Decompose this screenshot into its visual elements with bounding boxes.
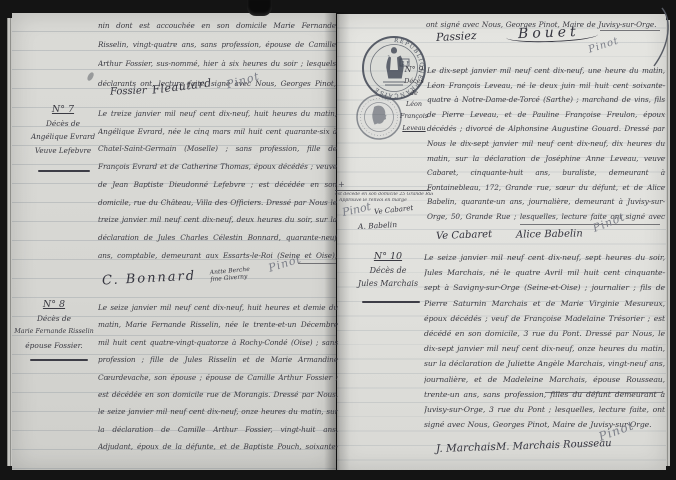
entry7-act-text: Le treize janvier mil neuf cent dix-neuf… [98,105,337,265]
ink-flourish [648,6,672,68]
margin-line: Léon [398,99,430,111]
act-number: N° 9 [398,64,430,76]
municipal-stamp-icon [355,93,403,141]
margin-line: Décès [398,76,430,88]
margin-line: François [398,111,430,123]
entry10-act-text: Le seize janvier mil neuf cent dix-neuf,… [424,250,665,430]
act-number: N° 10 [348,250,428,264]
register-scan: nin dont est accouchée en son domicile M… [0,0,676,480]
marginal-reference-mark: + [338,180,345,189]
signature: J. Marchais [436,441,496,455]
line-filler [545,392,663,393]
entry10-margin-label: N° 10 Décès de Jules Marchais [348,250,428,291]
line-filler [520,224,660,225]
entry8-margin-label: N° 8 Décès de Marie Fernande Risselin ép… [8,298,100,352]
margin-underline [30,359,88,361]
entry7-margin-label: N° 7 Décès de Angélique Evrard Veuve Lef… [24,103,102,157]
line-filler [298,263,336,264]
act-number: N° 7 [24,103,102,117]
margin-underline [38,170,90,172]
deceased-name: Leveau [398,123,430,135]
entry8-act-text: Le seize janvier mil neuf cent dix-neuf,… [98,299,338,457]
binding-clip [247,0,272,16]
act-continuation-text: nin dont est accouchée en son domicile M… [98,16,336,96]
margin-line: Décès de [8,312,100,326]
deceased-subname: Veuve Lefebvre [24,144,102,158]
margin-line: de [398,88,430,100]
signature: Alice Babelin [516,228,583,240]
entry9-margin-label: N° 9 Décès de Léon François Leveau [398,64,430,135]
entry9-act-text: Le dix-sept janvier mil neuf cent dix-ne… [427,64,665,226]
margin-line: Décès de [348,264,428,278]
deceased-subname: épouse Fossier. [8,339,100,353]
deceased-name: Marie Fernande Risselin [8,325,100,339]
act-number: N° 8 [8,298,100,312]
marginal-note-line: Approuvé le renvoi en marge [339,198,433,203]
marginal-note-rule [335,190,431,191]
margin-line: Décès de [24,117,102,131]
deceased-name: Angélique Evrard [24,130,102,144]
signature: Fossier [110,85,147,97]
margin-underline [362,301,420,303]
signature: Passiez [436,29,477,44]
marginal-note-line: est décédé en son domicile 25 Grande Rue [335,192,433,197]
deceased-name: Jules Marchais [348,277,428,291]
signature: Ve Cabaret [436,229,492,242]
